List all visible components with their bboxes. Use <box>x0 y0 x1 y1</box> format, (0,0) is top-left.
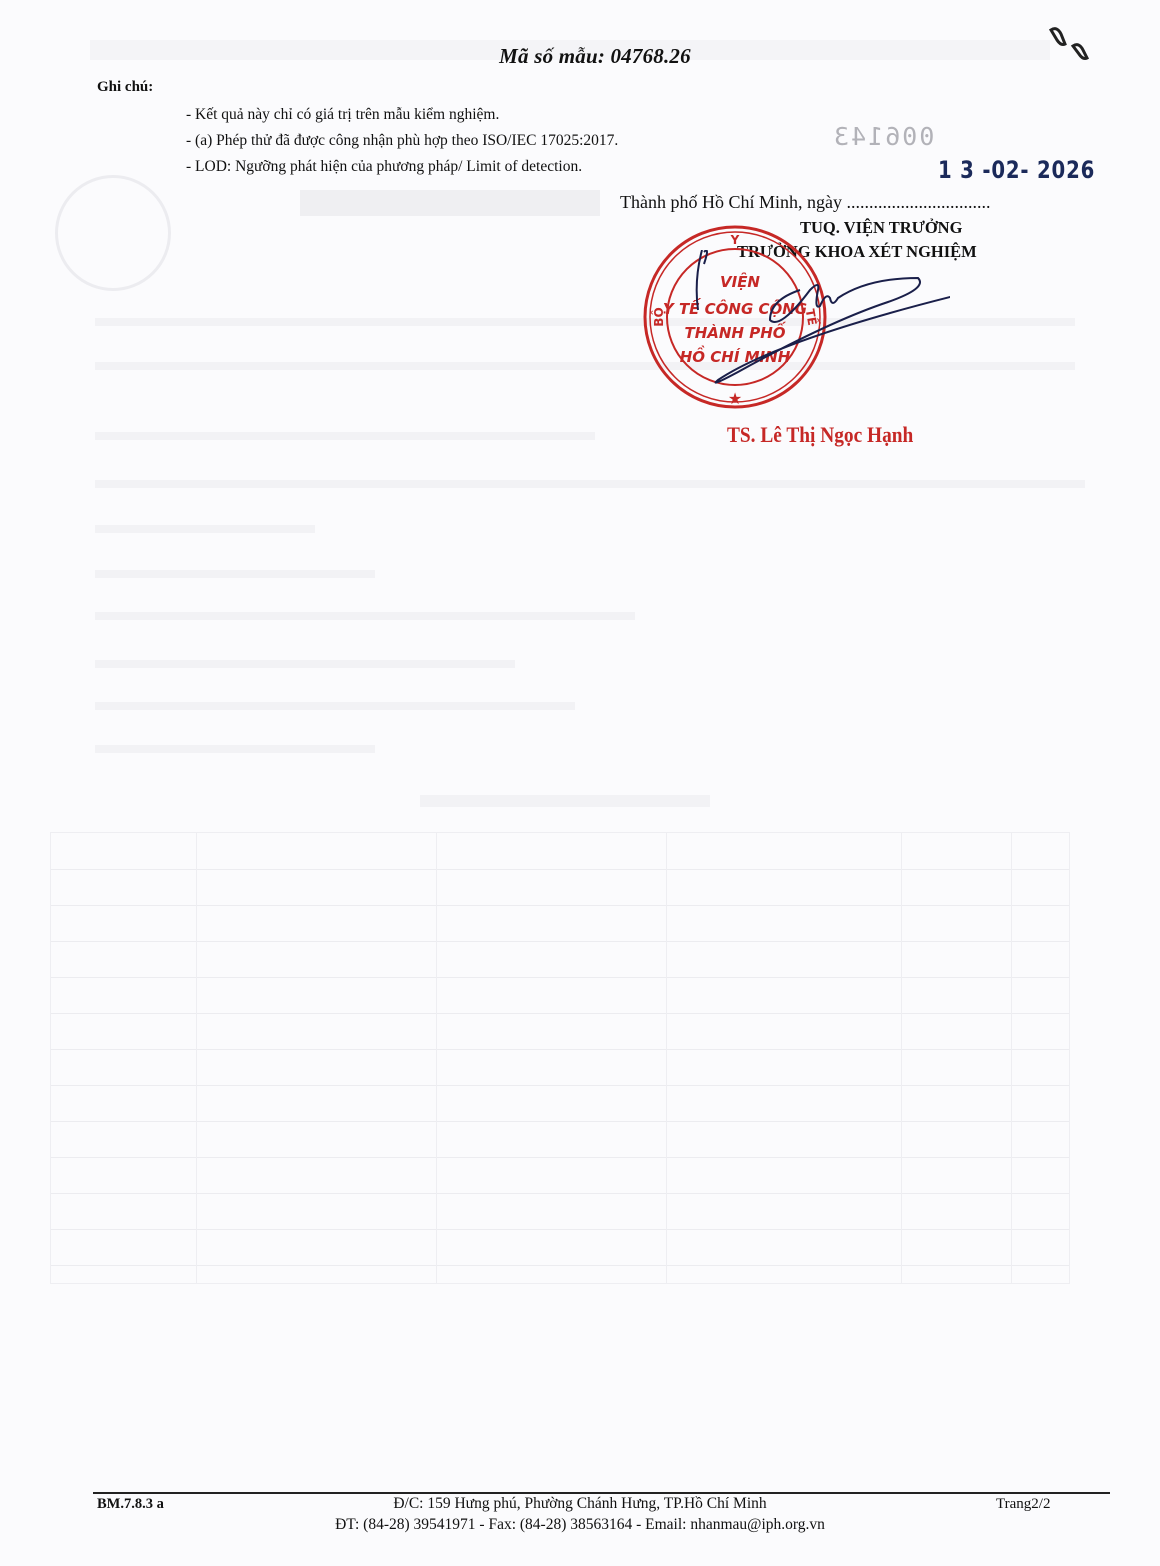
date-stamp: 1 3 -02- 2026 <box>938 156 1095 184</box>
note-item: - (a) Phép thử đã được công nhận phù hợp… <box>186 128 618 154</box>
note-item: - Kết quả này chỉ có giá trị trên mẫu ki… <box>186 102 618 128</box>
notes-title: Ghi chú: <box>97 79 153 96</box>
sample-code: Mã số mẫu: 04768.26 <box>0 44 1160 69</box>
serial-stamp: 006143 <box>832 122 934 151</box>
footer-address: Đ/C: 159 Hưng phú, Phường Chánh Hưng, TP… <box>0 1495 1160 1513</box>
notes-list: - Kết quả này chỉ có giá trị trên mẫu ki… <box>186 102 618 180</box>
place-date: Thành phố Hồ Chí Minh, ngày ............… <box>620 192 991 213</box>
footer-contact: ĐT: (84-28) 39541971 - Fax: (84-28) 3856… <box>0 1516 1160 1534</box>
signer-name: TS. Lê Thị Ngọc Hạnh <box>727 422 913 448</box>
note-item: - LOD: Ngưỡng phát hiện của phương pháp/… <box>186 154 618 180</box>
seal-text-top: Y <box>730 233 740 247</box>
handwritten-signature <box>690 250 950 410</box>
page-number: Trang2/2 <box>996 1496 1050 1513</box>
footer-divider <box>93 1492 1110 1494</box>
